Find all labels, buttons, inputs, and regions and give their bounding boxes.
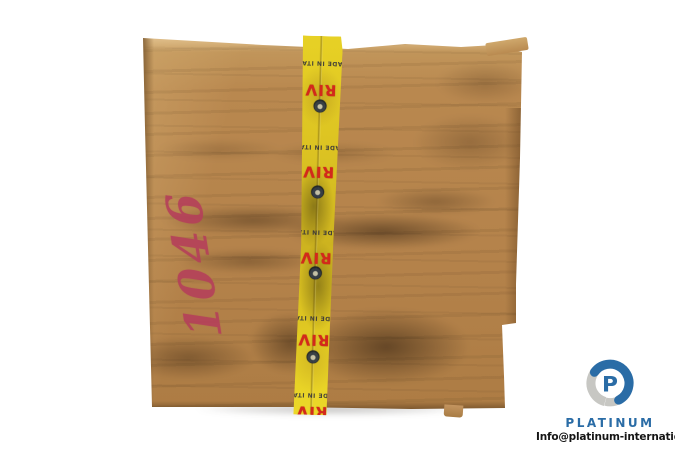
torn-flap	[444, 404, 464, 417]
watermark-brand-text: PLATINUM	[536, 416, 675, 430]
riv-brand-text: RIV	[300, 248, 332, 267]
handwritten-number: 1046	[115, 177, 272, 349]
riv-brand-text: RIV	[297, 330, 329, 349]
product-photo: 1046 MADE IN ITALYRIVMADE IN ITALYRIVMAD…	[0, 0, 675, 450]
platinum-logo-letter: P	[602, 372, 618, 397]
riv-emblem-icon	[309, 266, 322, 279]
riv-brand-text: RIV	[295, 402, 327, 415]
box-right-edge	[505, 108, 523, 343]
riv-emblem-icon	[313, 99, 326, 112]
seller-watermark: P PLATINUM Info@platinum-international.s…	[536, 356, 675, 443]
riv-emblem-icon	[311, 185, 324, 198]
riv-brand-text: RIV	[302, 163, 334, 182]
riv-brand-text: RIV	[304, 81, 336, 100]
watermark-email-text: Info@platinum-international.store	[536, 431, 675, 443]
platinum-logo-icon: P	[581, 356, 639, 414]
riv-emblem-icon	[306, 350, 319, 363]
